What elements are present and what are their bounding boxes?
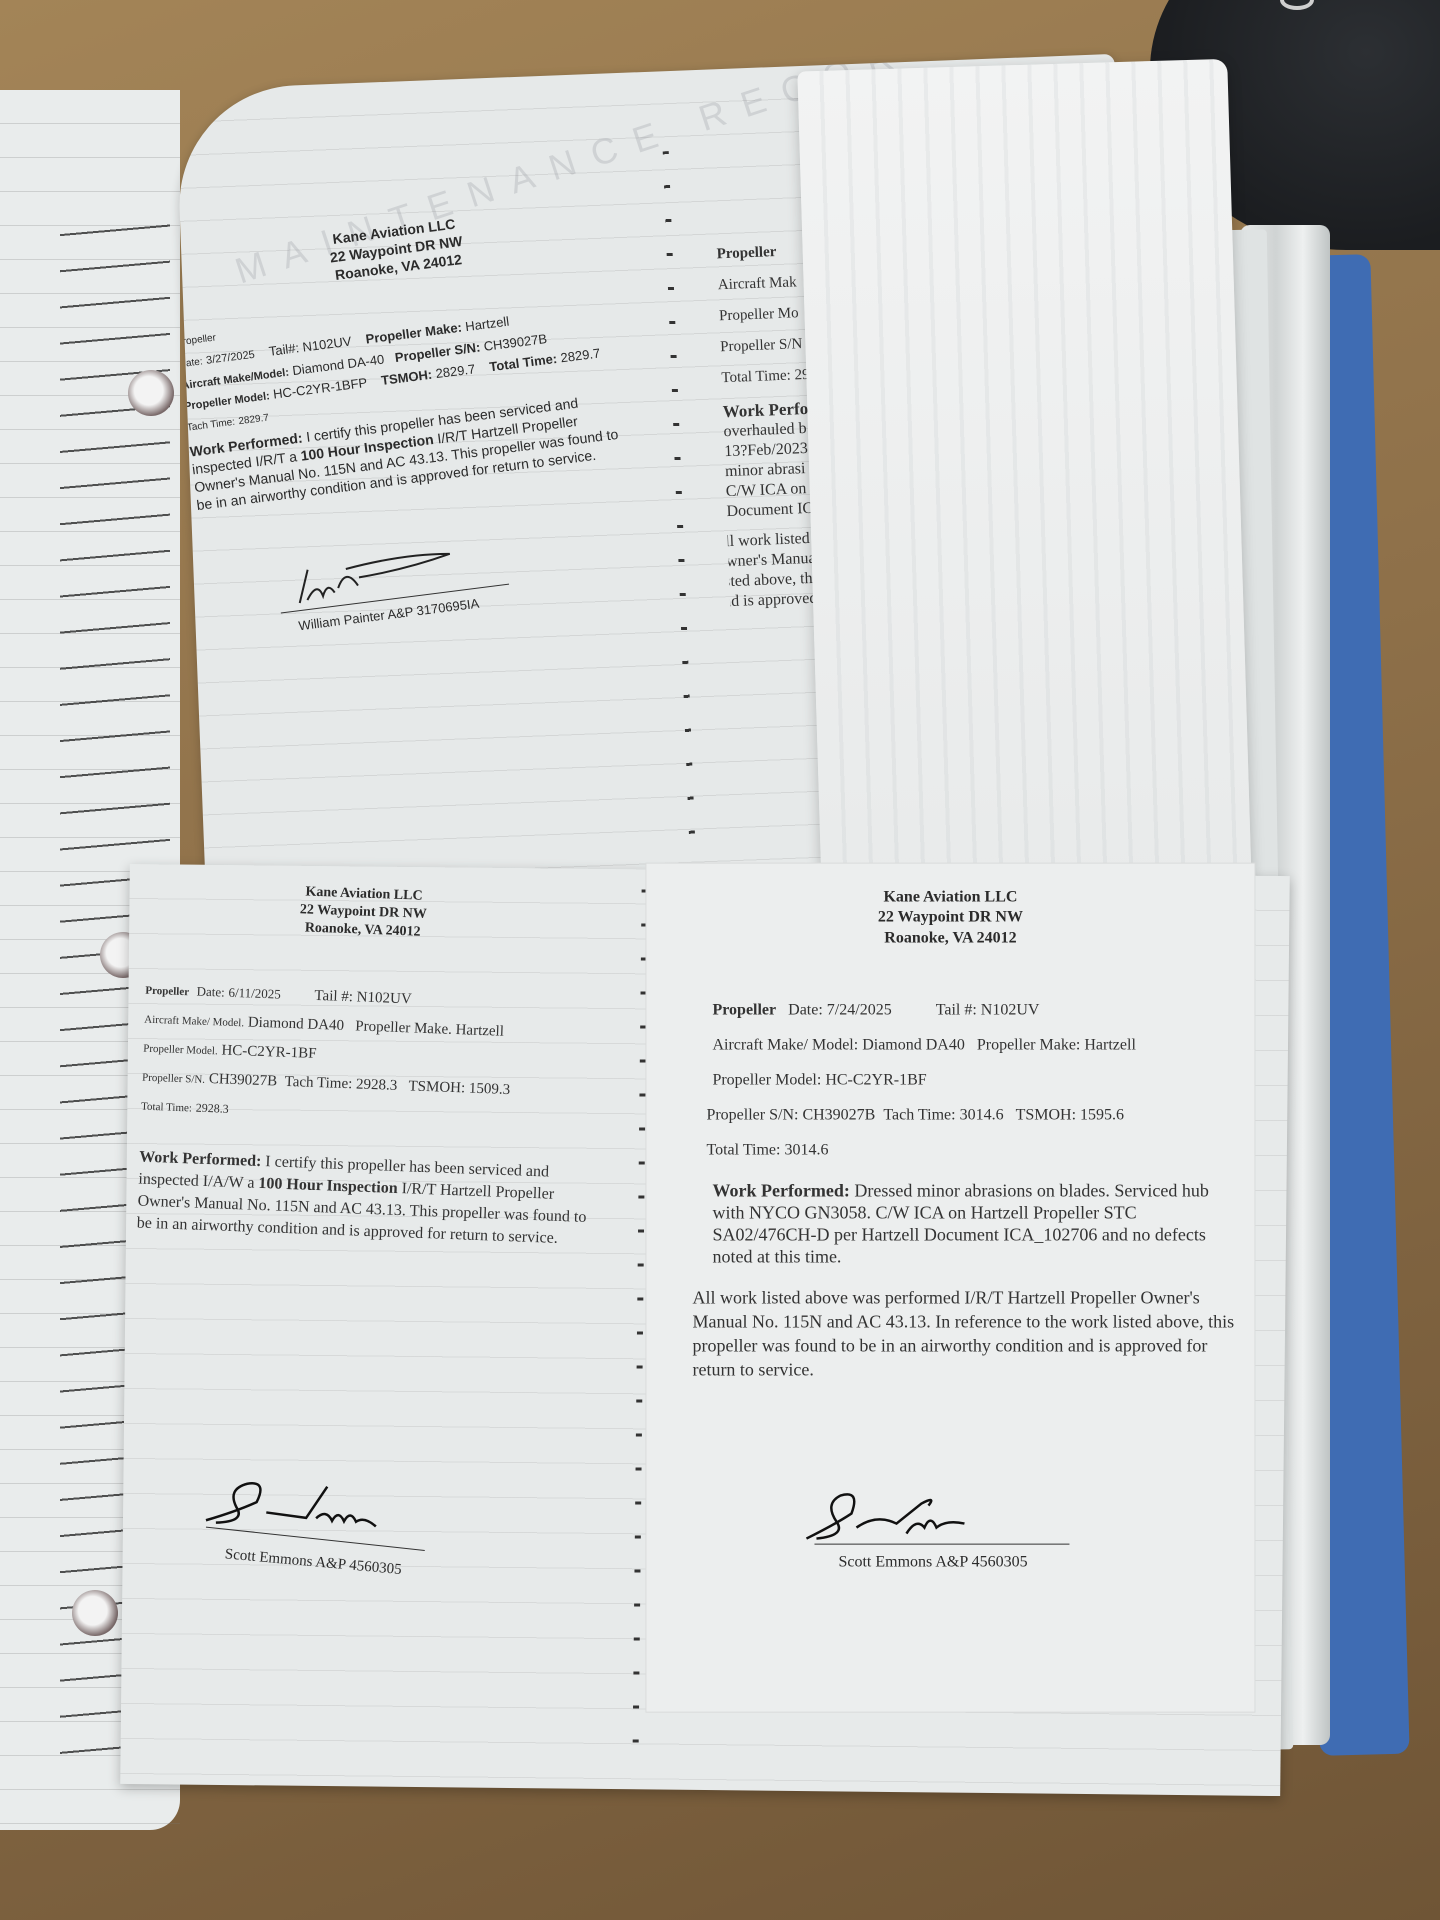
log-entry-2025-03-27: Kane Aviation LLC 22 Waypoint DR NW Roan…	[175, 192, 691, 649]
tail-number: N102UV	[302, 333, 353, 354]
shop-address-1: 22 Waypoint DR NW	[646, 908, 1254, 928]
shop-name: Kane Aviation LLC	[646, 888, 1254, 908]
prop-model: HC-C2YR-1BF	[221, 1042, 317, 1061]
total-time: 2928.3	[195, 1100, 228, 1115]
prop-make: Hartzell	[455, 1022, 504, 1040]
signer-name: Scott Emmons A&P 4560305	[224, 1546, 402, 1579]
prop-serial: CH39027B	[209, 1071, 278, 1089]
total-time: 3014.6	[784, 1142, 828, 1159]
tsmoh: 1595.6	[1080, 1107, 1124, 1124]
tach-time: 2829.7	[238, 412, 270, 427]
entry-date: 7/24/2025	[827, 1002, 892, 1019]
logbook-page-lower: Kane Aviation LLC 22 Waypoint DR NW Roan…	[120, 864, 1290, 1796]
entry-row-model: Propeller Model: HC-C2YR-1BF	[712, 1063, 1254, 1098]
prop-serial: CH39027B	[802, 1107, 875, 1124]
certification-statement: All work listed above was performed I/R/…	[692, 1286, 1252, 1382]
shop-header: Kane Aviation LLC 22 Waypoint DR NW Roan…	[646, 888, 1254, 949]
log-entry-2025-07-24: Kane Aviation LLC 22 Waypoint DR NW Roan…	[645, 863, 1255, 1713]
entry-row-serial: Propeller S/N: CH39027B Tach Time: 3014.…	[706, 1098, 1254, 1133]
shop-header: Kane Aviation LLC 22 Waypoint DR NW Roan…	[197, 880, 529, 946]
prop-make: Hartzell	[464, 313, 510, 333]
work-performed: Work Performed: I certify this propeller…	[136, 1146, 589, 1250]
entry-row-aircraft: Aircraft Make/ Model: Diamond DA40 Prope…	[712, 1028, 1254, 1063]
signature-line	[814, 1544, 1069, 1545]
aircraft-model: Diamond DA40	[862, 1037, 965, 1054]
entry-row-total: Total Time: 3014.6	[706, 1133, 1254, 1168]
tach-time: 2928.3	[356, 1076, 398, 1094]
folded-cover-sheet	[797, 59, 1252, 931]
sheet-texture	[797, 59, 1252, 931]
tail-number: N102UV	[981, 1002, 1040, 1019]
entry-date: 3/27/2025	[205, 348, 255, 366]
log-entry-2025-06-11: Kane Aviation LLC 22 Waypoint DR NW Roan…	[122, 868, 650, 1646]
shop-address-2: Roanoke, VA 24012	[646, 929, 1254, 949]
signature-scott-emmons	[195, 1470, 417, 1548]
total-time: 2829.7	[560, 345, 601, 365]
prop-make: Hartzell	[1084, 1037, 1136, 1054]
tail-number: N102UV	[356, 989, 412, 1007]
prop-model: HC-C2YR-1BF	[825, 1072, 926, 1089]
signer-name: Scott Emmons A&P 4560305	[838, 1554, 1027, 1572]
entry-row-date: Propeller Date: 7/24/2025 Tail #: N102UV	[712, 993, 1254, 1028]
entry-date: 6/11/2025	[228, 984, 281, 1001]
ring-icon	[1280, 0, 1314, 10]
binder-ring-hole	[128, 370, 174, 416]
binder-ring-hole	[72, 1590, 118, 1636]
aircraft-model: Diamond DA40	[248, 1014, 345, 1034]
work-performed: Work Performed: Dressed minor abrasions …	[712, 1180, 1232, 1268]
tach-time: 3014.6	[960, 1107, 1004, 1124]
tsmoh: 2829.7	[435, 361, 476, 381]
tsmoh: 1509.3	[469, 1080, 511, 1098]
